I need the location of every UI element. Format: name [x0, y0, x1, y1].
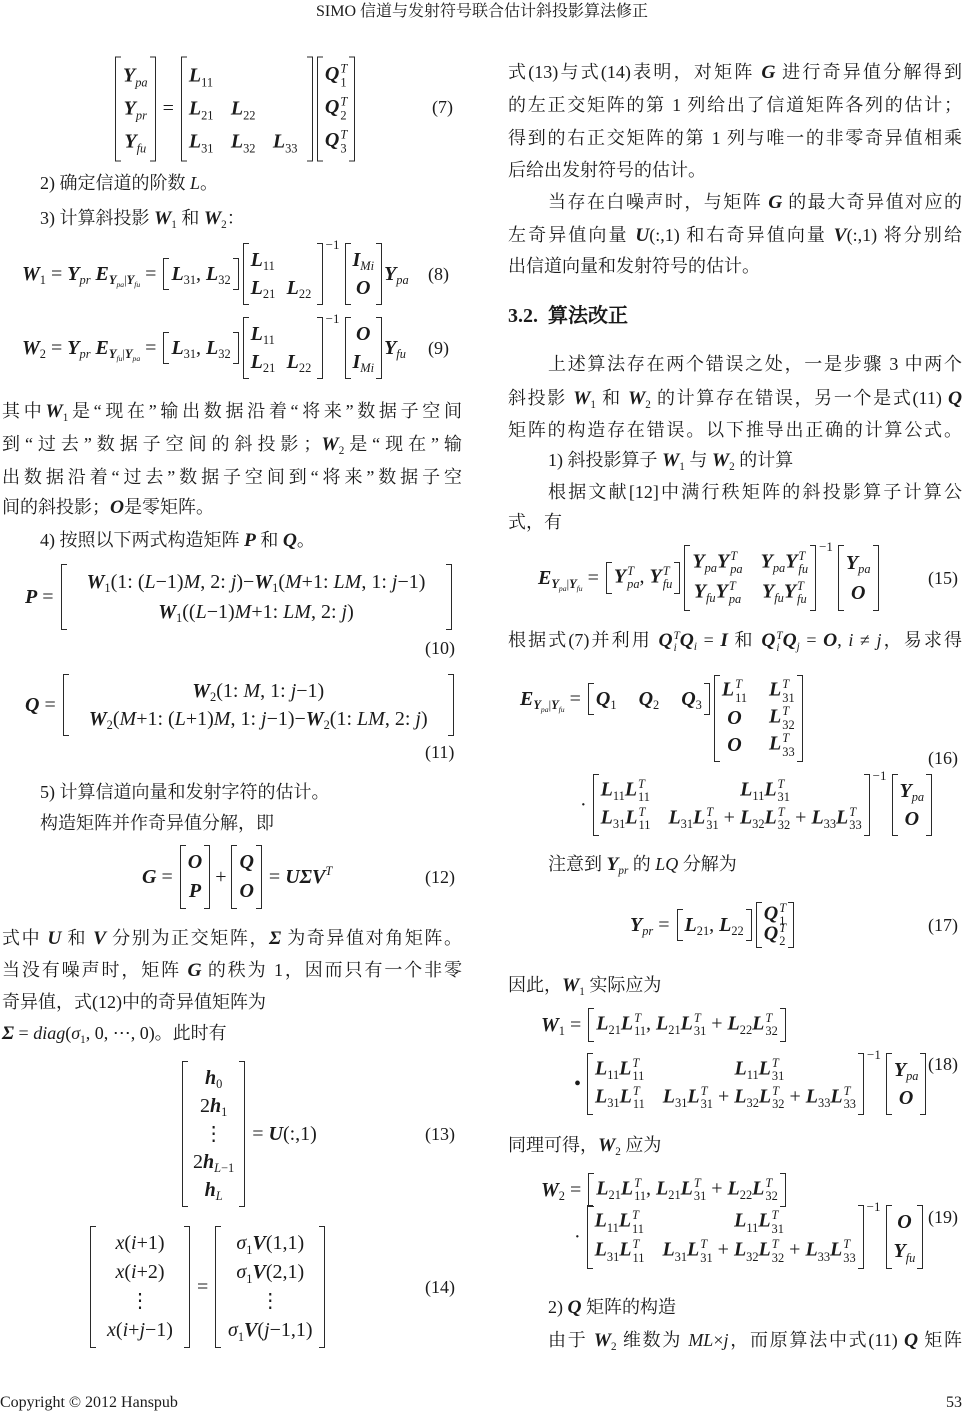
cell: Ypa	[846, 552, 871, 575]
cell: W2(1: M, 1: j−1)	[192, 680, 324, 703]
cell: LT11	[722, 678, 747, 704]
cell: QT1	[325, 63, 347, 89]
equation-number-10: (10)	[425, 638, 455, 658]
cell: O	[851, 582, 865, 605]
equation-number-7: (7)	[432, 97, 453, 117]
inverse-exponent: −1	[326, 311, 340, 327]
cell: L11LT31	[734, 1209, 784, 1235]
eq-lhs: G	[142, 866, 156, 889]
cell: O	[897, 1211, 911, 1234]
step-4-text: 4) 按照以下两式构造矩阵 P 和 Q。	[40, 524, 315, 556]
cell: YpaYTfu	[761, 550, 808, 576]
paragraph-line: 的左正交矩阵的第 1 列给出了信道矩阵各列的估计；	[508, 89, 962, 121]
cell: L11	[251, 323, 275, 346]
cell: x(i+1)	[115, 1232, 164, 1255]
equation-18-line-1: W1 = L21LT11, L21LT31 + L22LT32	[541, 1008, 788, 1042]
item-1-text: 1) 斜投影算子 W1 与 W2 的计算	[548, 444, 793, 476]
selector-vector: Ypa O	[885, 1053, 928, 1115]
equation-12: G = O P + Q O = UΣVT	[142, 845, 332, 909]
oblique-projection-term: Ypr EYfu|Ypa	[67, 337, 140, 360]
equation-number-14: (14)	[425, 1277, 455, 1297]
paragraph-line: 由于 W2 维数为 ML×j，而原算法中式(11) Q 矩阵	[548, 1324, 962, 1356]
paragraph-line: 当没有噪声时，矩阵 G 的秩为 1，因而只有一个非零	[2, 954, 462, 986]
equals-sign: =	[197, 1276, 208, 1299]
equation-9: W2 = Ypr EYfu|Ypa = L31, L32 L11 L21 L22…	[22, 317, 406, 379]
cell: Ypa	[900, 780, 925, 803]
cell: YfuYTfu	[762, 580, 807, 606]
equals-sign: =	[145, 337, 156, 360]
cell: O	[356, 323, 370, 346]
l-transpose-matrix: LT11 LT31 O LT32 O LT33	[713, 675, 804, 762]
cell: L11LT11	[595, 1209, 644, 1235]
equals-sign: =	[51, 337, 62, 360]
row-matrix: L21, L22	[676, 909, 753, 941]
equation-14: x(i+1) x(i+2) ⋮ x(i+j−1) = σ1V(1,1) σ1V(…	[88, 1226, 327, 1348]
equals-sign: =	[44, 694, 55, 717]
equation-8: W1 = Ypr EYpa|Yfu = L31, L32 L11 L21 L22…	[22, 243, 409, 305]
w2-intro-text: 同理可得，W2 应为	[508, 1129, 962, 1161]
cell: O	[727, 707, 741, 730]
dot-operator: ·	[580, 794, 587, 817]
cell: L31, L32	[171, 337, 230, 360]
equation-16-line-2: · L11LT11 L11LT31 L31LT11 L31LT31 + L32L…	[580, 774, 934, 836]
cell: L31LT11	[595, 1238, 645, 1264]
paragraph-line: 得到的右正交矩阵的第 1 列与唯一的非零奇异值相乘	[508, 122, 962, 154]
cell: LT32	[769, 705, 795, 731]
matrix-l-lower-triangular: L11 L21 L22 L31 L32 L33	[180, 57, 314, 162]
step-3-text: 3) 计算斜投影 W1 和 W2：	[40, 202, 245, 234]
paragraph-line: 式(13)与式(14)表明，对矩阵 G 进行奇异值分解得到	[508, 56, 962, 88]
section-title: 算法改正	[548, 305, 628, 327]
cell: σ1V(2,1)	[236, 1261, 304, 1284]
eq-lhs: EYpa|Yfu	[538, 567, 583, 590]
equals-sign: =	[145, 263, 156, 286]
equation-number-11: (11)	[425, 742, 454, 762]
cell: ⋮	[130, 1290, 150, 1313]
gram-matrix: L11LT11 L11LT31 L31LT11 L31LT31 + L32LT3…	[586, 1205, 865, 1269]
paragraph-line: 根据文献[12]中满行秩矩阵的斜投影算子计算公	[548, 476, 962, 508]
cell: L11	[189, 65, 213, 88]
row-matrix: L31, L32	[162, 332, 239, 364]
cell: QT3	[325, 129, 347, 155]
cell: O	[727, 734, 741, 757]
cell: IMi	[353, 249, 375, 272]
inverse-exponent: −1	[873, 768, 887, 784]
selector-vector: IMi O	[344, 243, 384, 305]
cell: L21	[189, 98, 214, 121]
equation-19-line-2: · L11LT11 L11LT31 L31LT11 L31LT31 + L32L…	[574, 1205, 925, 1269]
q-transpose-vector: QT1 QT2	[755, 902, 795, 948]
running-header-title: SIMO 信道与发射符号联合估计斜投影算法修正	[0, 2, 964, 22]
equation-number-13: (13)	[425, 1124, 455, 1144]
cell: L21	[251, 277, 276, 300]
cell: O	[239, 880, 253, 903]
cell: L21LT11, L21LT31 + L22LT32	[596, 1012, 777, 1038]
cell: Ypa	[894, 1059, 919, 1082]
paragraph-line: Σ = diag(σ1, 0, ⋯, 0)。此时有	[2, 1017, 462, 1049]
eq-lhs: Ypr	[630, 914, 653, 937]
block-vector-op: O P	[179, 845, 211, 909]
paragraph-line: 后给出发射符号的估计。	[508, 154, 962, 186]
cell: σ1V(1,1)	[236, 1232, 304, 1255]
plus-sign: +	[215, 866, 226, 889]
step-2-text: 2) 确定信道的阶数 L。	[40, 167, 218, 199]
equals-sign: =	[570, 1014, 581, 1037]
equals-sign: =	[588, 567, 599, 590]
matrix-q-transpose: QT1 QT2 QT3	[316, 57, 356, 162]
eq-tail: Ypa	[384, 263, 409, 286]
left-singular-vector: U(:,1)	[269, 1123, 317, 1146]
cell: P	[189, 880, 201, 903]
selector-vector: O IMi	[344, 317, 384, 379]
cell: Yfu	[894, 1240, 916, 1263]
construct-text: 构造矩阵并作奇异值分解，即	[40, 807, 274, 839]
equation-17: Ypr = L21, L22 QT1 QT2	[630, 902, 796, 948]
cell: L11LT31	[735, 1057, 785, 1083]
equation-number-8: (8)	[428, 264, 449, 284]
matrix-l-block: L11 L21 L22	[242, 243, 324, 305]
matrix-q-definition: W2(1: M, 1: j−1) W2(M+1: (L+1)M, 1: j−1)…	[62, 674, 455, 736]
paragraph-line: 其中W1是“现在”输出数据沿着“将来”数据子空间	[2, 395, 462, 427]
equation-number-18: (18)	[928, 1054, 958, 1074]
equals-sign: =	[570, 1179, 581, 1202]
paragraph-line: 出数据沿着“过去”数据子空间到“将来”数据子空	[2, 461, 462, 493]
gram-matrix: L11LT11 L11LT31 L31LT11 L31LT31 + L32LT3…	[592, 774, 871, 836]
equation-number-12: (12)	[425, 867, 455, 887]
cell: σ1V(j−1,1)	[228, 1319, 313, 1342]
w1-intro-text: 因此，W1 实际应为	[508, 969, 962, 1001]
inverse-exponent: −1	[326, 237, 340, 253]
cell: YpaYTpa	[692, 550, 742, 576]
cell: Q1	[596, 688, 617, 711]
eq-lhs: EYpa|Yfu	[520, 688, 565, 711]
paragraph-line: 间的斜投影；O是零矩阵。	[2, 491, 462, 523]
cell: L11LT11	[601, 778, 650, 804]
cell: O	[899, 1087, 913, 1110]
block-vector-qo: Q O	[230, 845, 262, 909]
paragraph-line: 根据式(7)并利用 QTiQi = I 和 QTiQj = O, i ≠ j，易…	[508, 624, 962, 656]
cell: O	[356, 277, 370, 300]
paragraph-line: 左奇异值向量 U(:,1) 和右奇异值向量 V(:,1) 将分别给	[508, 219, 962, 251]
row-matrix: L21LT11, L21LT31 + L22LT32	[587, 1173, 786, 1207]
cell: QT2	[325, 96, 347, 122]
cell: L21LT11, L21LT31 + L22LT32	[596, 1177, 777, 1203]
equals-sign: =	[658, 914, 669, 937]
lq-decomposition-text: 注意到 Ypr 的 LQ 分解为	[548, 848, 737, 880]
cell: LT31	[769, 678, 795, 704]
cell: Yfu	[124, 131, 146, 154]
cell: LT33	[769, 732, 795, 758]
cell: L31	[189, 131, 214, 154]
footer-copyright: Copyright © 2012 Hanspub	[0, 1394, 178, 1412]
equals-sign: =	[51, 263, 62, 286]
channel-vector: h0 2h1 ⋮ 2hL−1 hL	[181, 1061, 246, 1207]
svd-product: UΣVT	[285, 866, 332, 889]
cell: L31LT31 + L32LT32 + L33LT33	[668, 806, 861, 832]
equals-sign: =	[252, 1123, 263, 1146]
eq-lhs: P	[25, 586, 37, 609]
cell: Ypr	[124, 98, 147, 121]
eq-left-part: EYpa|Yfu = Q1 Q2 Q3	[520, 675, 712, 723]
cell: L21, L22	[685, 914, 744, 937]
cell: O	[188, 851, 202, 874]
eq-lhs: Q	[25, 694, 39, 717]
cell: L11LT11	[595, 1057, 644, 1083]
equation-19-line-1: W2 = L21LT11, L21LT31 + L22LT32	[541, 1173, 788, 1207]
paragraph-line: 当存在白噪声时，与矩阵 G 的最大奇异值对应的	[548, 186, 962, 218]
paragraph-line: 出信道向量和发射符号的估计。	[508, 250, 962, 282]
cell: L22	[231, 98, 256, 121]
dot-operator: •	[574, 1073, 581, 1096]
step-5-text: 5) 计算信道向量和发射字符的估计。	[40, 776, 330, 808]
cell: W1(1: (L−1)M, 2: j)−W1(M+1: LM, 1: j−1)	[87, 571, 426, 594]
paragraph-line: 式，有	[508, 506, 962, 538]
inverse-exponent: −1	[867, 1047, 881, 1063]
equation-number-16: (16)	[928, 748, 958, 768]
eq-lhs: W2	[541, 1179, 565, 1202]
inverse-exponent: −1	[819, 539, 833, 555]
right-singular-vector: σ1V(1,1) σ1V(2,1) ⋮ σ1V(j−1,1)	[214, 1226, 326, 1348]
cell: IMi	[353, 351, 375, 374]
selector-vector: O Yfu	[885, 1205, 925, 1269]
equation-15: EYpa|Yfu = YTpa, YTfu YpaYTpa YpaYTfu Yf…	[538, 545, 881, 611]
equation-18-line-2: • L11LT11 L11LT31 L31LT11 L31LT31 + L32L…	[574, 1053, 928, 1115]
cell: YTpa, YTfu	[614, 565, 672, 591]
cell: x(i+2)	[115, 1261, 164, 1284]
dot-operator: ·	[574, 1226, 581, 1249]
section-heading: 3.2.算法改正	[508, 303, 638, 329]
cell: Q	[239, 851, 253, 874]
equals-sign: =	[42, 586, 53, 609]
row-matrix: L21LT11, L21LT31 + L22LT32	[587, 1008, 786, 1042]
cell: QT2	[764, 922, 786, 948]
row-matrix: L31, L32	[162, 258, 239, 290]
section-number: 3.2.	[508, 305, 538, 327]
cell: ⋮	[260, 1290, 280, 1313]
eq-lhs: W1	[541, 1014, 565, 1037]
paragraph-line: 上述算法存在两个错误之处，一是步骤 3 中两个	[548, 348, 962, 380]
equation-number-19: (19)	[928, 1207, 958, 1227]
paragraph-line: 斜投影 W1 和 W2 的计算存在错误，另一个是式(11) Q	[508, 382, 962, 414]
cell: h0	[205, 1067, 222, 1090]
equals-sign: =	[269, 866, 280, 889]
equation-number-9: (9)	[428, 338, 449, 358]
oblique-projection-term: Ypr EYpa|Yfu	[67, 263, 140, 286]
cell: Q2	[639, 688, 660, 711]
symbol-vector: x(i+1) x(i+2) ⋮ x(i+j−1)	[89, 1226, 191, 1348]
cell: W2(M+1: (L+1)M, 1: j−1)−W2(1: LM, 2: j)	[89, 708, 428, 731]
cell: L31LT11	[601, 806, 651, 832]
equals-sign: =	[163, 98, 174, 121]
matrix-l-block: L11 L21 L22	[242, 317, 324, 379]
selector-vector: Ypa O	[891, 774, 934, 836]
row-matrix: YTpa, YTfu	[605, 562, 681, 594]
cell: L32	[231, 131, 256, 154]
cell: L33	[273, 131, 298, 154]
cell: Ypa	[123, 65, 148, 88]
cell: L21	[251, 351, 276, 374]
cell: x(i+j−1)	[107, 1319, 173, 1342]
cell: YfuYTpa	[694, 580, 741, 606]
cell: hL	[205, 1179, 223, 1202]
equation-13: h0 2h1 ⋮ 2hL−1 hL = U(:,1)	[180, 1061, 317, 1207]
gram-matrix: L11LT11 L11LT31 L31LT11 L31LT31 + L32LT3…	[586, 1053, 865, 1115]
cell: L31LT31 + L32LT32 + L33LT33	[662, 1238, 855, 1264]
cell: L11	[251, 249, 275, 272]
equals-sign: =	[570, 688, 581, 711]
cell: O	[905, 808, 919, 831]
equation-16-line-1: EYpa|Yfu = Q1 Q2 Q3 LT11 LT31 O LT32 O L…	[520, 675, 805, 762]
cell: ⋮	[204, 1123, 224, 1146]
selector-vector: Ypa O	[837, 545, 880, 611]
footer-page-number: 53	[946, 1394, 962, 1412]
equation-7: Ypa Ypr Yfu = L11 L21 L22 L31 L32 L33 QT…	[113, 57, 357, 162]
q-row-matrix: Q1 Q2 Q3	[587, 683, 711, 715]
eq-tail: Yfu	[384, 337, 406, 360]
equals-sign: =	[161, 866, 172, 889]
paragraph-line: 到“过去”数据子空间的斜投影；W2是“现在”输	[2, 428, 462, 460]
matrix-p-definition: W1(1: (L−1)M, 2: j)−W1(M+1: LM, 1: j−1) …	[60, 564, 453, 630]
cell: L11LT31	[740, 778, 790, 804]
item-2-text: 2) Q 矩阵的构造	[548, 1291, 676, 1323]
cell: L31, L32	[171, 263, 230, 286]
inverse-exponent: −1	[867, 1199, 881, 1215]
equation-number-15: (15)	[928, 568, 958, 588]
paragraph-line: 矩阵的构造存在错误。以下推导出正确的计算公式。	[508, 414, 962, 446]
cell: 2h1	[200, 1095, 227, 1118]
cell: L31LT11	[595, 1085, 645, 1111]
eq-lhs: W2	[22, 337, 46, 360]
cell: L22	[287, 277, 312, 300]
cell: L31LT31 + L32LT32 + L33LT33	[663, 1085, 856, 1111]
cell: 2hL−1	[193, 1151, 234, 1174]
cell: Q3	[681, 688, 702, 711]
equation-number-17: (17)	[928, 915, 958, 935]
equation-10: P = W1(1: (L−1)M, 2: j)−W1(M+1: LM, 1: j…	[25, 564, 454, 630]
paragraph-line: 式中 U 和 V 分别为正交矩阵，Σ 为奇异值对角矩阵。	[2, 922, 462, 954]
cell: W1((L−1)M+1: LM, 2: j)	[158, 601, 354, 624]
cell: L22	[287, 351, 312, 374]
gram-matrix: YpaYTpa YpaYTfu YfuYTpa YfuYTfu	[683, 545, 817, 611]
eq-lhs: W1	[22, 263, 46, 286]
matrix-y-blocks: Ypa Ypr Yfu	[114, 57, 157, 162]
paragraph-line: 奇异值，式(12)中的奇异值矩阵为	[2, 986, 462, 1018]
equation-11: Q = W2(1: M, 1: j−1) W2(M+1: (L+1)M, 1: …	[25, 674, 456, 736]
